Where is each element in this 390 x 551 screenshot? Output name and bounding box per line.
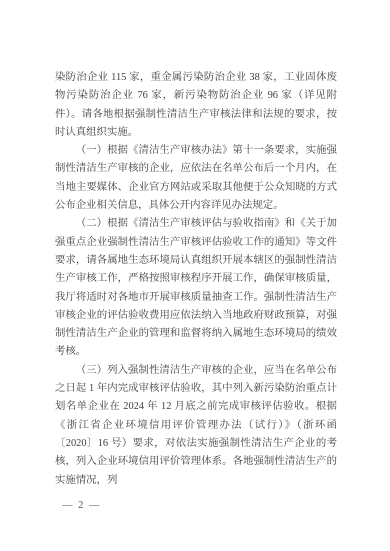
page-number: — 2 — [62, 500, 101, 511]
paragraph-item-3: （三）列入强制性清洁生产审核的企业，应当在名单公布之日起 1 年内完成审核评估验… [55, 362, 337, 490]
document-body: 染防治企业 115 家，重金属污染防治企业 38 家，工业固体废物污染防治企业 … [55, 69, 337, 490]
document-page: 染防治企业 115 家，重金属污染防治企业 38 家，工业固体废物污染防治企业 … [0, 0, 390, 551]
paragraph-item-2: （二）根据《清洁生产审核评估与验收指南》和《关于加强重点企业强制性清洁生产审核评… [55, 215, 337, 361]
paragraph-continuation: 染防治企业 115 家，重金属污染防治企业 38 家，工业固体废物污染防治企业 … [55, 69, 337, 142]
paragraph-item-1: （一）根据《清洁生产审核办法》第十一条要求，实施强制性清洁生产审核的企业，应依法… [55, 142, 337, 215]
